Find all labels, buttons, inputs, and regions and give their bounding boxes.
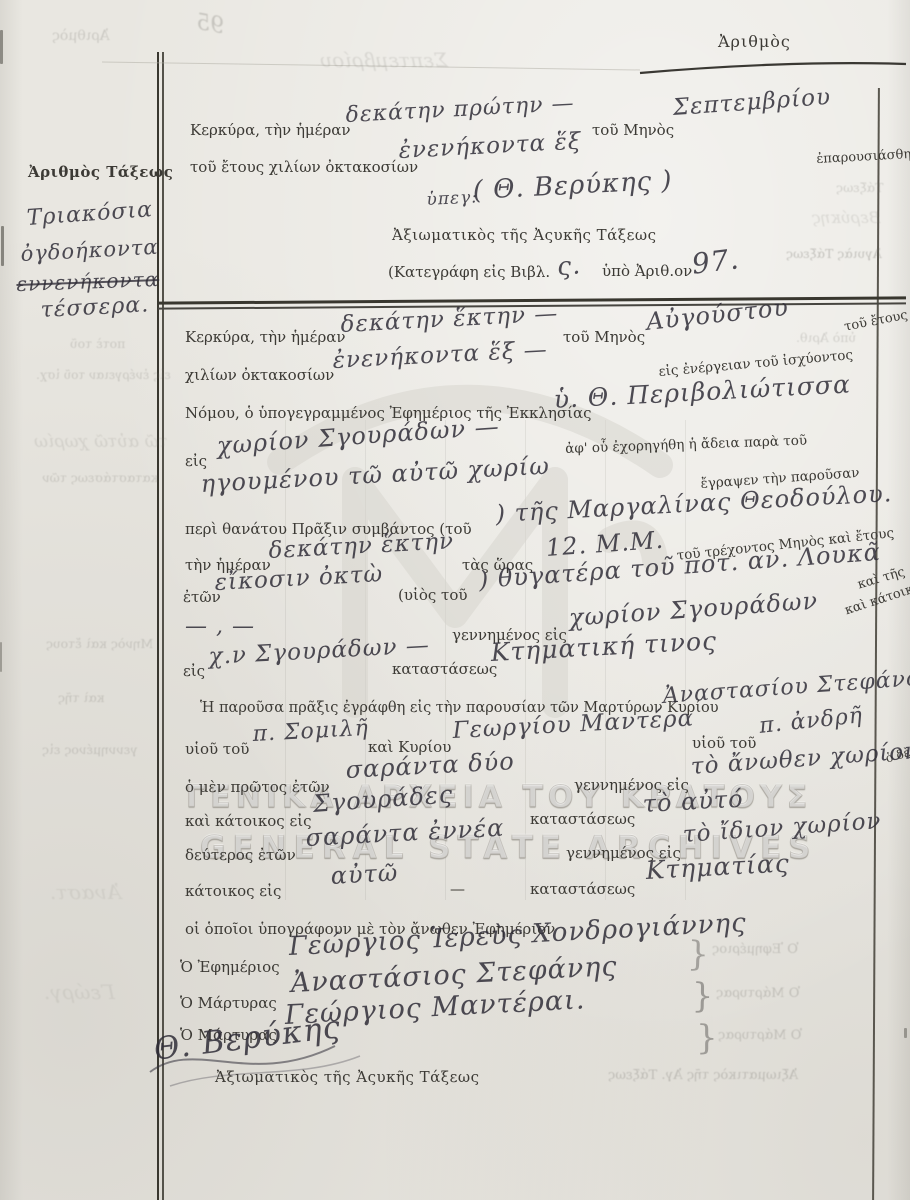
margin-handwritten-line2: ὀγδοήκοντα <box>20 235 159 266</box>
bleed-right-line: Τάξεως <box>836 180 883 195</box>
act-status2-label: καταστάσεως <box>530 810 635 828</box>
act-witness1-name-entry: Ἀναστασίου Στεφάνου <box>662 665 910 709</box>
act-status3-label: καταστάσεως <box>530 880 635 898</box>
bleed-number-top-left: 95 <box>194 10 226 39</box>
act-witness1-status-entry: τὸ αὐτό <box>642 785 744 818</box>
reg-registered-label: (Κατεγράφη εἰς Βιβλ. <box>388 263 550 281</box>
act-month-label: τοῦ Μηνὸς <box>563 328 645 346</box>
reg-year-label: τοῦ ἔτους χιλίων ὀκτακοσίων <box>190 158 418 176</box>
bleed-left-line: γεννημένος εἰς <box>42 742 138 757</box>
act-mother-entry: — , — <box>185 614 255 639</box>
officer-signature: Θ. Βερύκης <box>152 1009 343 1068</box>
reg-month-entry: Σεπτεμβρίου <box>672 84 832 121</box>
arithmos-header-label: Ἀριθμὸς <box>718 32 791 51</box>
act-son-of-label: (υἱὸς τοῦ <box>398 586 468 604</box>
margin-handwritten-line1: Τριακόσια <box>26 197 154 231</box>
act-second-witness-label: δεύτερος ἐτῶν <box>185 846 296 864</box>
bleed-script-top-center: Σεπτεμβρίου <box>320 48 448 72</box>
act-eis-label: εἰς <box>185 452 207 470</box>
bleed-left-line: Μηνὸς καὶ ἔτους <box>46 636 153 651</box>
brace-mark: } <box>696 1018 718 1058</box>
priest-signature-label: Ὁ Ἐφημέριος <box>180 958 280 976</box>
reg-month-label: τοῦ Μηνὸς <box>592 121 674 139</box>
act-deceased-entry: ) τῆς Μαργαλίνας Θεοδούλου. <box>495 479 893 528</box>
edge-speck <box>0 642 2 672</box>
edge-speck <box>904 1028 907 1038</box>
act-witness1-father-entry: π. Σομιλῆ <box>252 716 369 747</box>
act-son-of1-label: υἱοῦ τοῦ <box>185 740 249 758</box>
act-resident3-label: κάτοικος εἰς <box>185 882 281 900</box>
margin-handwritten-line3-struck: εννενήκοντα <box>16 267 160 296</box>
act-permission-entry: ηγουμένου τῶ αὐτῶ χωρίω <box>200 452 550 498</box>
bleed-left-line: καταστάσεως τῶν <box>42 470 158 485</box>
reg-year-entry: ἐνενήκοντα ἕξ <box>398 128 582 164</box>
document-scan: ΓΕΝΙΚΑ ΑΡΧΕΙΑ ΤΟΥ ΚΡΑΤΟΥΣ GENERAL STATE … <box>0 0 910 1200</box>
reg-book-entry: ς. <box>556 250 582 281</box>
margin-order-number-label: Ἀριθμὸς Τάξεως <box>28 163 173 181</box>
margin-handwritten-line4: τέσσερα. <box>40 292 150 323</box>
reg-signed-abbr: ὑπεγ: <box>426 187 479 210</box>
brace-mark: } <box>691 976 713 1016</box>
act-status-label: καταστάσεως <box>392 660 497 678</box>
left-double-rule-outer <box>157 52 159 1200</box>
priest-signature: Γεώργιος Ἱερεὺς Χονδρογιάννης <box>288 908 747 962</box>
edge-speck <box>0 30 3 64</box>
act-year-label: χιλίων ὀκτακοσίων <box>185 366 334 384</box>
bleed-right-signature-label: Ὁ Ἐφημέριος <box>712 942 798 957</box>
bleed-left-line: ποτὲ τοῦ <box>70 336 125 351</box>
reg-presented-label: ἐπαρουσιάσθη <box>816 147 910 167</box>
act-witness2-residence-entry: αὐτῶ <box>330 858 399 890</box>
bleed-left-line: εἰς ἐνέργειαν τοῦ ἰσχ. <box>36 368 171 382</box>
reg-kerkyra-day-label: Κερκύρα, τὴν ἡμέραν <box>190 121 351 139</box>
act-resident2-label: καὶ κάτοικος εἰς <box>185 812 312 830</box>
bleed-right-signature-label: Ὁ Μάρτυρας <box>718 1028 802 1043</box>
reg-officer-title: Ἀξιωματικὸς τῆς Ἀςυκῆς Τάξεως <box>392 226 656 244</box>
bleed-left-script: Ἀναστ. <box>50 880 121 904</box>
bleed-left-script: Γεώργ. <box>44 980 115 1004</box>
bleed-left-line: καὶ τῆς <box>58 690 105 705</box>
reg-official-signature: ( Θ. Βερύκης ) <box>472 166 673 206</box>
act-witness2-status-entry: Κτηματίας <box>645 848 790 885</box>
bleed-right-line: Ἀγυιὰς Τάξεως <box>786 246 882 261</box>
act-year-entry: ἐνενήκοντα ἕξ — <box>332 337 548 374</box>
left-double-rule-inner <box>162 52 164 1200</box>
reg-day-entry: δεκάτην πρώτην — <box>345 91 575 128</box>
bleed-arithmos-top-left: Ἀριθμὸς <box>52 28 110 44</box>
officer-title-bottom: Ἀξιωματικὸς τῆς Ἀςυκῆς Τάξεως <box>215 1068 479 1086</box>
bleed-left-script: τῶ αὐτῶ χωρίω <box>34 432 168 452</box>
act-kerkyra-day-label: Κερκύρα, τὴν ἡμέραν <box>185 328 346 346</box>
bleed-right-script: Βερύκης <box>812 208 881 227</box>
bleed-right-signature-label: Ὁ Μάρτυρας <box>716 986 800 1001</box>
act-eis2-label: εἰς <box>183 662 205 680</box>
reg-number-entry: 97. <box>690 242 741 281</box>
edge-speck <box>1 226 4 266</box>
act-first-witness-label: ὁ μὲν πρῶτος ἐτῶν <box>185 778 330 796</box>
act-parent-entry: ) θυγατέρα τοῦ ποτ. αν. Λουκᾶ <box>478 538 882 594</box>
reg-under-number-label: ὑπὸ Ἀριθ.ον <box>602 262 692 280</box>
witness1-signature-label: Ὁ Μάρτυρας <box>180 994 277 1012</box>
act-dash2: — <box>450 880 495 898</box>
act-witness2-father-entry: π. ἀνδρῆ <box>758 703 864 739</box>
act-permission-label: ἀφ' οὗ ἐχορηγήθη ἡ ἄδεια παρὰ τοῦ <box>565 433 807 457</box>
bleed-right-officer-title: Ἀξιωματικὸς τῆς Ἀγ. Τάξεως <box>608 1068 798 1083</box>
